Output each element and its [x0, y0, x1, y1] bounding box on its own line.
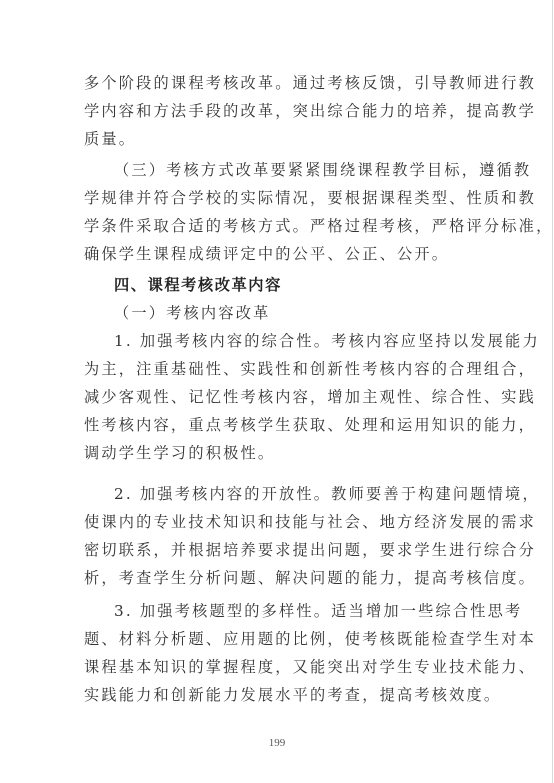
text-line: 课程基本知识的掌握程度，又能突出对学生专业技术能力、 — [84, 656, 472, 678]
item-2-paragraph: 2. 加强考核内容的开放性。教师要善于构建问题情境， — [114, 483, 472, 505]
text-line: 多个阶段的课程考核改革。通过考核反馈，引导教师进行教 — [84, 72, 472, 94]
text-line: 为主，注重基础性、实践性和创新性考核内容的合理组合， — [84, 358, 472, 380]
text-line: 学规律并符合学校的实际情况，要根据课程类型、性质和教 — [84, 187, 472, 209]
section-heading: 四、课程考核改革内容 — [114, 274, 502, 296]
item-3-paragraph: 3. 加强考核题型的多样性。适当增加一些综合性思考 — [114, 600, 472, 622]
text-line: 密切联系，并根据培养要求提出问题，要求学生进行综合分 — [84, 539, 472, 561]
document-page: 多个阶段的课程考核改革。通过考核反馈，引导教师进行教 学内容和方法手段的改革，突… — [0, 0, 553, 783]
text-line: 学内容和方法手段的改革，突出综合能力的培养，提高教学 — [84, 100, 472, 122]
section-3-paragraph: （三）考核方式改革要紧紧围绕课程教学目标，遵循教 — [114, 159, 472, 181]
text-line: 实践能力和创新能力发展水平的考查，提高考核效度。 — [84, 684, 472, 706]
text-line: 质量。 — [84, 128, 472, 150]
text-line: 确保学生课程成绩评定中的公平、公正、公开。 — [84, 243, 472, 265]
item-1-paragraph: 1. 加强考核内容的综合性。考核内容应坚持以发展能力 — [114, 330, 472, 352]
text-line: 题、材料分析题、应用题的比例，使考核既能检查学生对本 — [84, 628, 472, 650]
text-line: 学条件采取合适的考核方式。严格过程考核，严格评分标准， — [84, 215, 472, 237]
page-number: 199 — [0, 737, 554, 749]
subsection-heading: （一）考核内容改革 — [114, 302, 502, 324]
text-line: 减少客观性、记忆性考核内容，增加主观性、综合性、实践 — [84, 386, 472, 408]
text-line: 析，考查学生分析问题、解决问题的能力，提高考核信度。 — [84, 567, 472, 589]
text-line: 性考核内容，重点考核学生获取、处理和运用知识的能力， — [84, 414, 472, 436]
text-line: 使课内的专业技术知识和技能与社会、地方经济发展的需求 — [84, 511, 472, 533]
text-line: 调动学生学习的积极性。 — [84, 442, 472, 464]
